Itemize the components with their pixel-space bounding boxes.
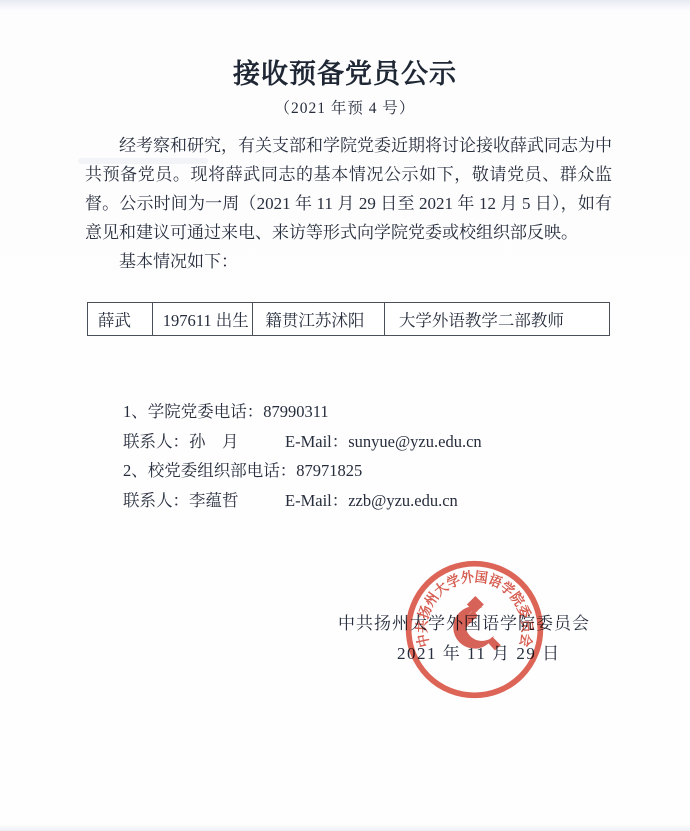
contact-line-phone-1: 1、学院党委电话：87990311 xyxy=(123,397,603,427)
contact-email: E-Mail：zzb@yzu.edu.cn xyxy=(285,486,603,516)
body-text: 经考察和研究，有关支部和学院党委近期将讨论接收薛武同志为中共预备党员。现将薛武同… xyxy=(85,131,612,276)
contact-line-person-1: 联系人：孙 月 E-Mail：sunyue@yzu.edu.cn xyxy=(123,427,603,457)
scan-artifact-top-band xyxy=(0,0,690,11)
table-cell-name: 薛武 xyxy=(88,303,153,335)
page-title: 接收预备党员公示 xyxy=(0,52,690,91)
contact-text: 联系人：孙 月 xyxy=(123,427,285,457)
signature-date: 2021 年 11 月 29 日 xyxy=(397,639,561,664)
doc-number: （2021 年预 4 号） xyxy=(0,96,690,118)
scanned-notice-page: 接收预备党员公示 （2021 年预 4 号） 经考察和研究，有关支部和学院党委近… xyxy=(0,0,690,831)
contact-email: E-Mail：sunyue@yzu.edu.cn xyxy=(285,427,603,457)
contact-text: 联系人：李蕴哲 xyxy=(123,486,285,516)
contacts-block: 1、学院党委电话：87990311 联系人：孙 月 E-Mail：sunyue@… xyxy=(123,397,603,515)
table-cell-position: 大学外语教学二部教师 xyxy=(385,303,609,335)
scan-artifact-bottom-band xyxy=(0,824,690,831)
contact-email xyxy=(285,397,603,427)
profile-table: 薛武 197611 出生 籍贯江苏沭阳 大学外语教学二部教师 xyxy=(87,302,610,336)
contact-line-phone-2: 2、校党委组织部电话：87971825 xyxy=(123,456,603,486)
signature-organization: 中共扬州大学外国语学院委员会 xyxy=(338,609,590,634)
table-cell-origin: 籍贯江苏沭阳 xyxy=(253,303,385,335)
body-paragraph: 经考察和研究，有关支部和学院党委近期将讨论接收薛武同志为中共预备党员。现将薛武同… xyxy=(85,131,612,247)
contact-text: 1、学院党委电话：87990311 xyxy=(123,397,285,427)
table-cell-birth: 197611 出生 xyxy=(153,303,254,335)
contact-email xyxy=(285,456,603,486)
contact-line-person-2: 联系人：李蕴哲 E-Mail：zzb@yzu.edu.cn xyxy=(123,486,603,516)
basic-info-intro: 基本情况如下： xyxy=(85,247,612,276)
contact-text: 2、校党委组织部电话：87971825 xyxy=(123,456,285,486)
